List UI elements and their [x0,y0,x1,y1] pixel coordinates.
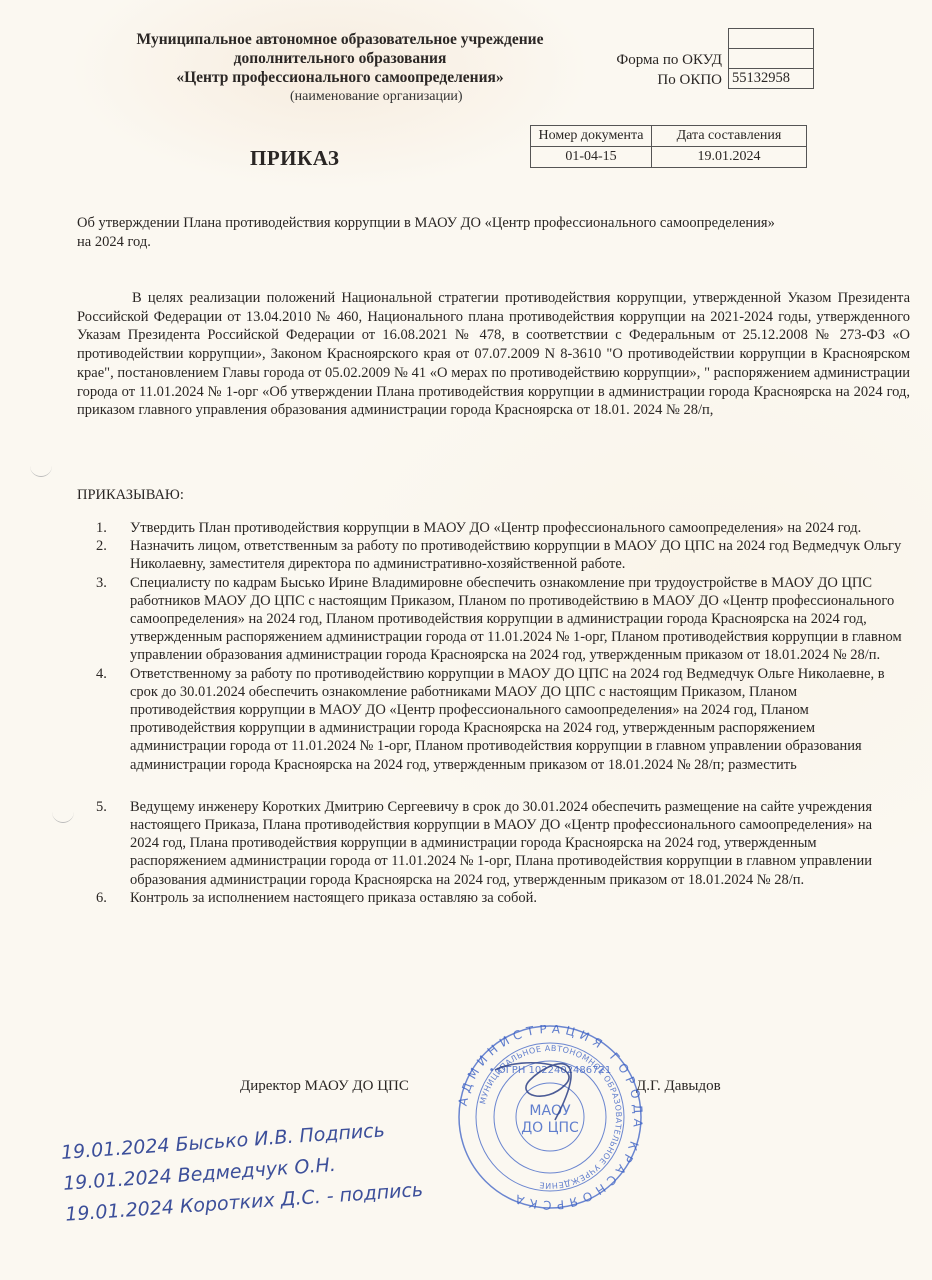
organization-name: Муниципальное автономное образовательное… [100,30,580,87]
item-number: 3. [96,574,107,592]
order-item: 1.Утвердить План противодействия коррупц… [92,519,904,537]
order-items-list: 1.Утвердить План противодействия коррупц… [92,519,904,907]
order-item: 2.Назначить лицом, ответственным за рабо… [92,537,904,573]
document-number-table: Номер документа Дата составления 01-04-1… [530,125,807,168]
order-item: 4.Ответственному за работу по противодей… [92,665,904,774]
order-word: ПРИКАЗЫВАЮ: [77,487,184,504]
document-page: Муниципальное автономное образовательное… [0,0,932,1280]
item-text: Контроль за исполнением настоящего прика… [130,890,537,906]
order-item: 3.Специалисту по кадрам Бысько Ирине Вла… [92,574,904,665]
item-text: Ведущему инженеру Коротких Дмитрию Серге… [130,799,872,888]
organization-caption: (наименование организации) [290,89,463,105]
director-name: Д.Г. Давыдов [636,1078,721,1095]
item-text: Специалисту по кадрам Бысько Ирине Влади… [130,575,902,664]
director-position: Директор МАОУ ДО ЦПС [240,1078,409,1095]
item-number: 5. [96,798,107,816]
item-text: Утвердить План противодействия коррупции… [130,520,861,536]
okud-header-cell [729,29,813,49]
item-text: Ответственному за работу по противодейст… [130,666,885,773]
okpo-value: 55132958 [729,69,813,88]
svg-text:МАОУ: МАОУ [529,1103,571,1119]
acknowledgement-signatures: 19.01.2024 Бысько И.В. Подпись 19.01.202… [60,1113,426,1231]
official-stamp-icon: АДМИНИСТРАЦИЯ ГОРОДА КРАСНОЯРСКА МУНИЦИП… [455,1025,645,1210]
punch-hole-mark [30,466,52,477]
item-number: 4. [96,665,107,683]
document-title: ПРИКАЗ [250,146,339,171]
document-date: 19.01.2024 [652,147,807,168]
item-number: 1. [96,519,107,537]
item-number: 6. [96,889,107,907]
organization-line-3: «Центр профессионального самоопределения… [100,68,580,87]
item-number: 2. [96,537,107,555]
okud-code-box: 55132958 [728,28,814,89]
svg-text:ДО ЦПС: ДО ЦПС [521,1120,579,1136]
okud-value [729,49,813,69]
okud-labels: Форма по ОКУД По ОКПО [610,50,722,90]
document-number: 01-04-15 [531,147,652,168]
order-item: 6.Контроль за исполнением настоящего при… [92,889,904,907]
number-header: Номер документа [531,126,652,147]
okpo-label: По ОКПО [610,70,722,90]
organization-line-2: дополнительного образования [100,49,580,68]
order-item: 5.Ведущему инженеру Коротких Дмитрию Сер… [92,798,904,889]
item-text: Назначить лицом, ответственным за работу… [130,538,901,572]
organization-line-1: Муниципальное автономное образовательное… [100,30,580,49]
date-header: Дата составления [652,126,807,147]
document-subject: Об утверждении Плана противодействия кор… [77,214,777,252]
preamble-paragraph: В целях реализации положений Национально… [77,289,910,420]
punch-hole-mark [52,812,74,823]
okud-label: Форма по ОКУД [610,50,722,70]
